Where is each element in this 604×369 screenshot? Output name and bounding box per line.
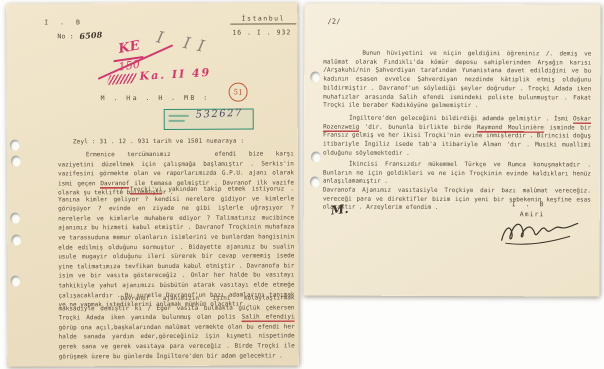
pink-mark-ke: KE xyxy=(117,38,141,57)
punch-hole xyxy=(11,235,21,246)
punch-hole xyxy=(10,213,20,224)
date-label: 16 . I . 932 xyxy=(232,28,291,36)
punch-hole xyxy=(10,140,20,151)
signature-scribble xyxy=(498,216,582,248)
paragraph: Davranof ajanımızın işini kolaylaştırmak… xyxy=(58,293,294,361)
stamp-text-line xyxy=(169,120,185,122)
pencil-marks: I II xyxy=(155,27,214,57)
paragraph: Davranofa Ajanımız vasıtasiyle Troçkiye … xyxy=(323,187,591,214)
punch-hole xyxy=(11,156,21,167)
page-number: /2/ xyxy=(327,18,340,26)
signature-ref: I . B xyxy=(512,200,547,208)
paragraph: İngiltere'den geleceğini bildirdiği adam… xyxy=(323,115,591,159)
pink-scribble xyxy=(106,73,137,85)
doc-number-label: No : xyxy=(57,32,74,40)
doc-number-value: 6508 xyxy=(79,29,103,41)
document-page-1: I . B No : 6508 İstanbul 16 . I . 932 KE… xyxy=(6,2,299,366)
paragraph: / Troçki'yi yakından takip etmek istiyor… xyxy=(58,184,295,310)
page-ref: I . B xyxy=(44,18,84,26)
handwritten-initial: M. xyxy=(330,202,349,218)
punch-hole xyxy=(10,276,20,287)
city-label: İstanbul xyxy=(230,14,296,24)
paragraph: Bunun hüviyetini ve niçin geldiğini öğre… xyxy=(323,50,591,112)
paragraph: İkincisi Fransızdır mükemmel Türkçe ve R… xyxy=(323,161,591,188)
pink-note: Ka. II 49 xyxy=(139,66,211,83)
punch-hole xyxy=(310,177,320,188)
registry-number: 532627 xyxy=(195,108,243,121)
circled-number: 51 xyxy=(228,82,249,103)
department-line: M . Ha . H . MB : xyxy=(101,94,210,102)
zeyl-reference-line: Zeyl : 31 . 12 . 931 tarih ve 1501 numar… xyxy=(73,138,245,146)
document-page-2: /2/ Bunun hüviyetini ve niçin geldiğini … xyxy=(303,3,600,296)
punch-hole xyxy=(311,152,321,163)
scanned-document-viewer: I . B No : 6508 İstanbul 16 . I . 932 KE… xyxy=(0,0,604,369)
punch-hole xyxy=(310,72,320,83)
stamp-text-line xyxy=(169,115,189,117)
